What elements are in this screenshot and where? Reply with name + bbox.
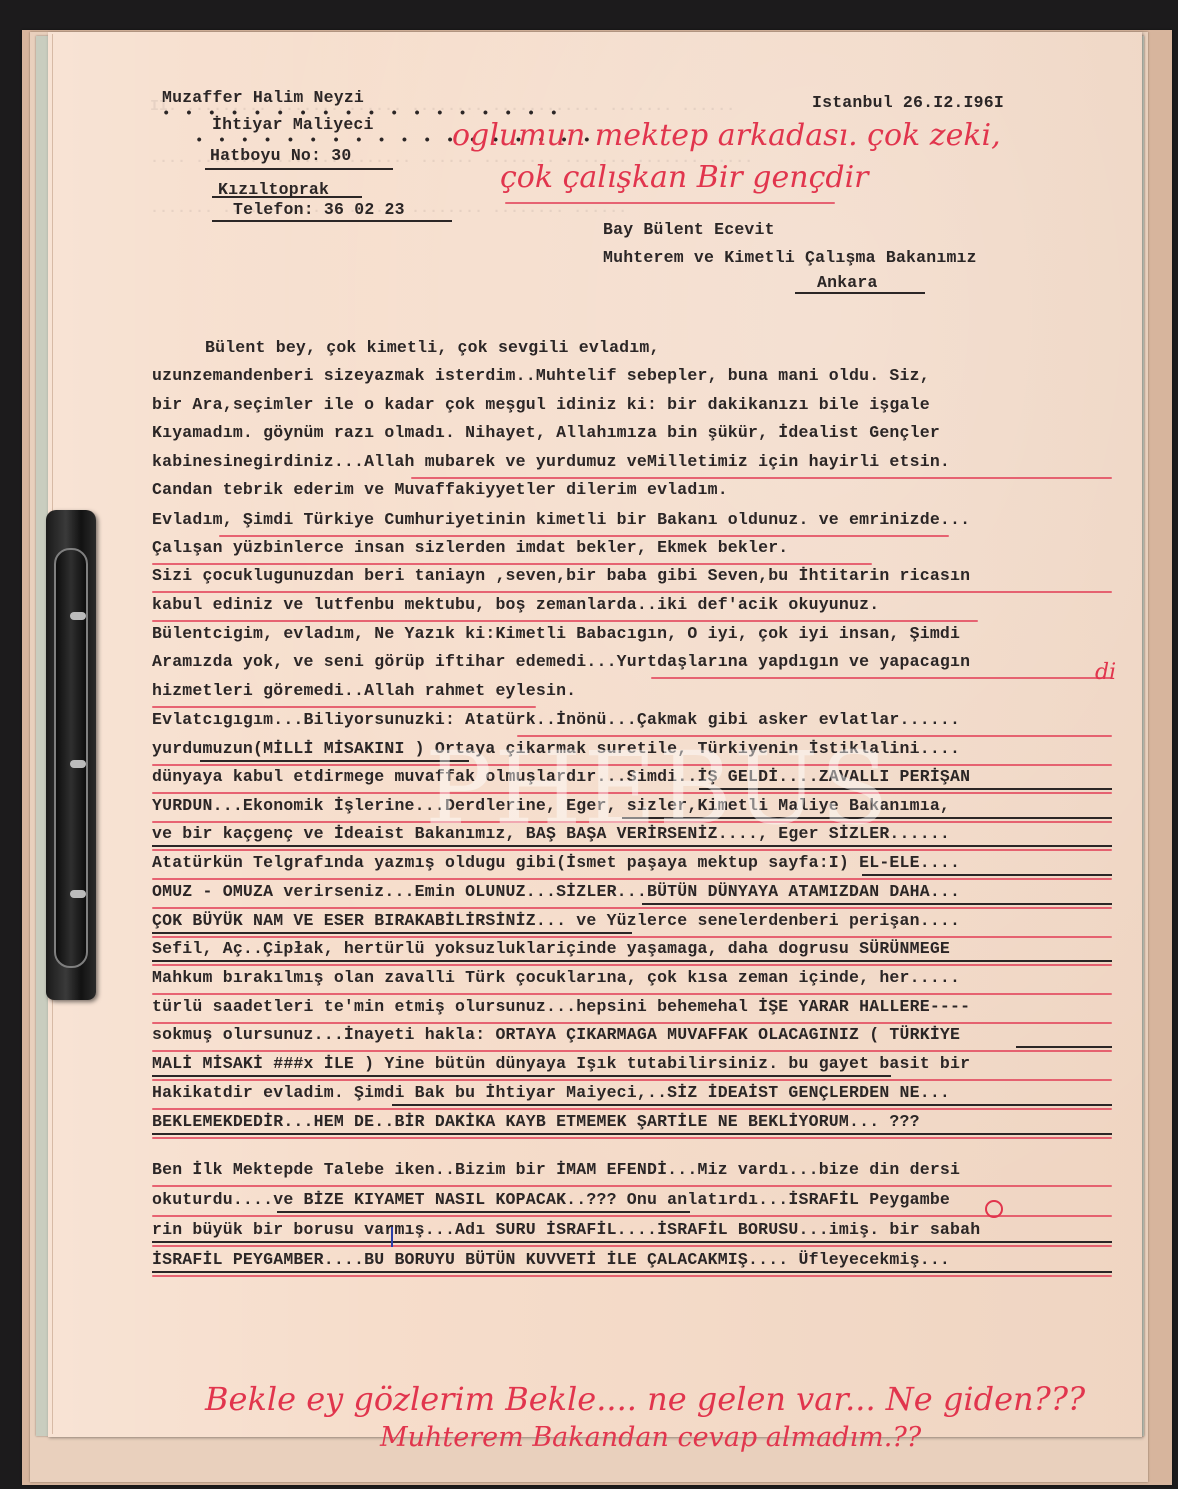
red-pen-underline xyxy=(152,878,1112,880)
red-pen-underline xyxy=(152,706,536,708)
typed-underline xyxy=(152,1271,1112,1273)
handwritten-note-line1: oglumun mektep arkadası. çok zeki, xyxy=(452,118,1001,153)
body-line: dünyaya kabul etdirmege muvaffak olmuşla… xyxy=(152,767,1127,786)
red-pen-underline xyxy=(517,735,1112,737)
body-line: kabul ediniz ve lutfenbu mektubu, boş ze… xyxy=(152,595,1127,614)
binder-clip-hole xyxy=(70,760,86,768)
body-line: Çalışan yüzbinlerce insan sizlerden imda… xyxy=(152,538,1127,557)
body-line: uzunzemandenberi sizeyazmak isterdim..Mu… xyxy=(152,366,1127,385)
body-line: ve bir kaçgenç ve İdeaist Bakanımız, BAŞ… xyxy=(152,824,1127,843)
red-pen-underline xyxy=(152,1079,1112,1081)
red-pen-underline xyxy=(152,591,1112,593)
typed-underline xyxy=(277,1211,690,1213)
body-line: MALİ MİSAKİ ###x İLE ) Yine bütün dünyay… xyxy=(152,1054,1127,1073)
sender-district-rule xyxy=(212,196,362,198)
typed-underline xyxy=(699,788,1112,790)
body-line: Kıyamadım. göynüm razı olmadı. Nihayet, … xyxy=(152,423,1127,442)
body-line: kabinesinegirdiniz...Allah mubarek ve yu… xyxy=(152,452,1127,471)
red-pen-underline xyxy=(651,677,1112,679)
red-pen-underline xyxy=(152,563,872,565)
body-line: bir Ara,seçimler ile o kadar çok meşgul … xyxy=(152,395,1127,414)
typed-underline xyxy=(862,874,1112,876)
red-pen-underline xyxy=(152,1215,1112,1217)
red-pen-underline xyxy=(219,535,949,537)
body-line: Sefil, Aç..Çipłak, hertürlü yoksuzluklar… xyxy=(152,939,1127,958)
body-line: sokmuş olursunuz...İnayeti hakla: ORTAYA… xyxy=(152,1025,1127,1044)
body-line: Bülentcigim, evladım, Ne Yazık ki:Kimetl… xyxy=(152,624,1127,643)
red-pen-underline xyxy=(152,907,1112,909)
handwritten-closing-line2: Muhterem Bakandan cevap almadım.?? xyxy=(380,1422,921,1453)
body-line: Hakikatdir evladim. Şimdi Bak bu İhtiyar… xyxy=(152,1083,1127,1102)
sender-name: Muzaffer Halim Neyzi xyxy=(162,88,364,107)
typed-underline xyxy=(152,932,632,934)
body-line: Mahkum bırakılmış olan zavalli Türk çocu… xyxy=(152,968,1127,987)
body-line: Aramızda yok, ve seni görüp iftihar edem… xyxy=(152,652,1127,671)
typed-underline xyxy=(152,1133,1112,1135)
body-line: türlü saadetleri te'min etmiş olursunuz.… xyxy=(152,997,1127,1016)
typed-underline xyxy=(152,1241,1112,1243)
binder-clip-hole xyxy=(70,890,86,898)
body-line: YURDUN...Ekonomik İşlerine...Derdlerine,… xyxy=(152,796,1127,815)
blue-pen-mark xyxy=(391,1227,393,1247)
binder-clip xyxy=(46,510,96,1000)
red-pen-underline xyxy=(152,821,1112,823)
body-line: OMUZ - OMUZA verirseniz...Emin OLUNUZ...… xyxy=(152,882,1127,901)
typed-underline xyxy=(1016,1046,1112,1048)
body-line: BEKLEMEKDEDİR...HEM DE..BİR DAKİKA KAYB … xyxy=(152,1112,1127,1131)
typed-underline xyxy=(152,845,1112,847)
body-line: Atatürkün Telgrafında yazmış oldugu gibi… xyxy=(152,853,1127,872)
sender-title: İhtiyar Maliyeci xyxy=(212,115,374,134)
red-pen-underline xyxy=(152,620,978,622)
binder-clip-slot xyxy=(54,548,88,968)
typed-underline xyxy=(200,760,469,762)
sender-phone: Telefon: 36 02 23 xyxy=(233,200,405,219)
handwritten-closing-line1: Bekle ey gözlerim Bekle.... ne gelen var… xyxy=(205,1380,1085,1418)
sender-street: Hatboyu No: 30 xyxy=(210,146,351,165)
body-line: Sizi çocuklugunuzdan beri taniayn ,seven… xyxy=(152,566,1127,585)
red-pen-underline xyxy=(152,1022,1112,1024)
sender-street-rule xyxy=(205,168,393,170)
red-pen-underline xyxy=(411,477,1112,479)
body-line: okuturdu....ve BİZE KIYAMET NASIL KOPACA… xyxy=(152,1190,1127,1209)
body-line: ÇOK BÜYÜK NAM VE ESER BIRAKABİLİRSİNİZ..… xyxy=(152,911,1127,930)
red-pen-underline xyxy=(152,1185,1112,1187)
red-pen-underline xyxy=(152,1108,1112,1110)
sender-phone-rule xyxy=(212,220,452,222)
body-line: rin büyük bir borusu varmış...Adı SURU İ… xyxy=(152,1220,1127,1239)
margin-correction: di xyxy=(1095,660,1116,685)
red-circle-mark xyxy=(985,1200,1003,1218)
place-date: Istanbul 26.I2.I96I xyxy=(812,93,1004,112)
recipient-name: Bay Bülent Ecevit xyxy=(603,220,775,239)
body-line: Bülent bey, çok kimetli, çok sevgili evl… xyxy=(205,338,1178,357)
red-pen-underline xyxy=(152,849,1112,851)
body-line: Candan tebrik ederim ve Muvaffakiyyetler… xyxy=(152,480,1127,499)
body-line: Evladım, Şimdi Türkiye Cumhuriyetinin ki… xyxy=(152,510,1127,529)
body-line: Ben İlk Mektepde Talebe iken..Bizim bir … xyxy=(152,1160,1127,1179)
typed-underline xyxy=(392,1104,1112,1106)
recipient-city: Ankara xyxy=(817,273,878,292)
body-line: hizmetleri göremedi..Allah rahmet eylesi… xyxy=(152,681,1127,700)
typed-underline xyxy=(622,817,1112,819)
body-line: yurdumuzun(MİLLİ MİSAKINI ) Ortaya çikar… xyxy=(152,739,1127,758)
handwritten-note-line2: çok çalışkan Bir gençdir xyxy=(500,160,869,195)
red-pen-underline xyxy=(152,1137,1112,1139)
typed-underline xyxy=(152,960,1112,962)
handwritten-underline xyxy=(505,202,835,204)
red-pen-underline xyxy=(152,993,1112,995)
body-line: Evlatcıgıgım...Biliyorsunuzki: Atatürk..… xyxy=(152,710,1127,729)
red-pen-underline xyxy=(152,792,1112,794)
red-pen-underline xyxy=(152,1275,1112,1277)
red-pen-underline xyxy=(152,964,1112,966)
red-pen-underline xyxy=(152,1050,1112,1052)
red-pen-underline xyxy=(152,936,1112,938)
red-pen-underline xyxy=(152,764,1112,766)
red-pen-underline xyxy=(152,1245,1112,1247)
typed-underline xyxy=(152,1075,891,1077)
recipient-city-rule xyxy=(795,292,925,294)
body-line: İSRAFİL PEYGAMBER....BU BORUYU BÜTÜN KUV… xyxy=(152,1250,1127,1269)
recipient-title: Muhterem ve Kimetli Çalışma Bakanımız xyxy=(603,248,977,267)
binder-clip-hole xyxy=(70,612,86,620)
typed-underline xyxy=(642,903,1112,905)
